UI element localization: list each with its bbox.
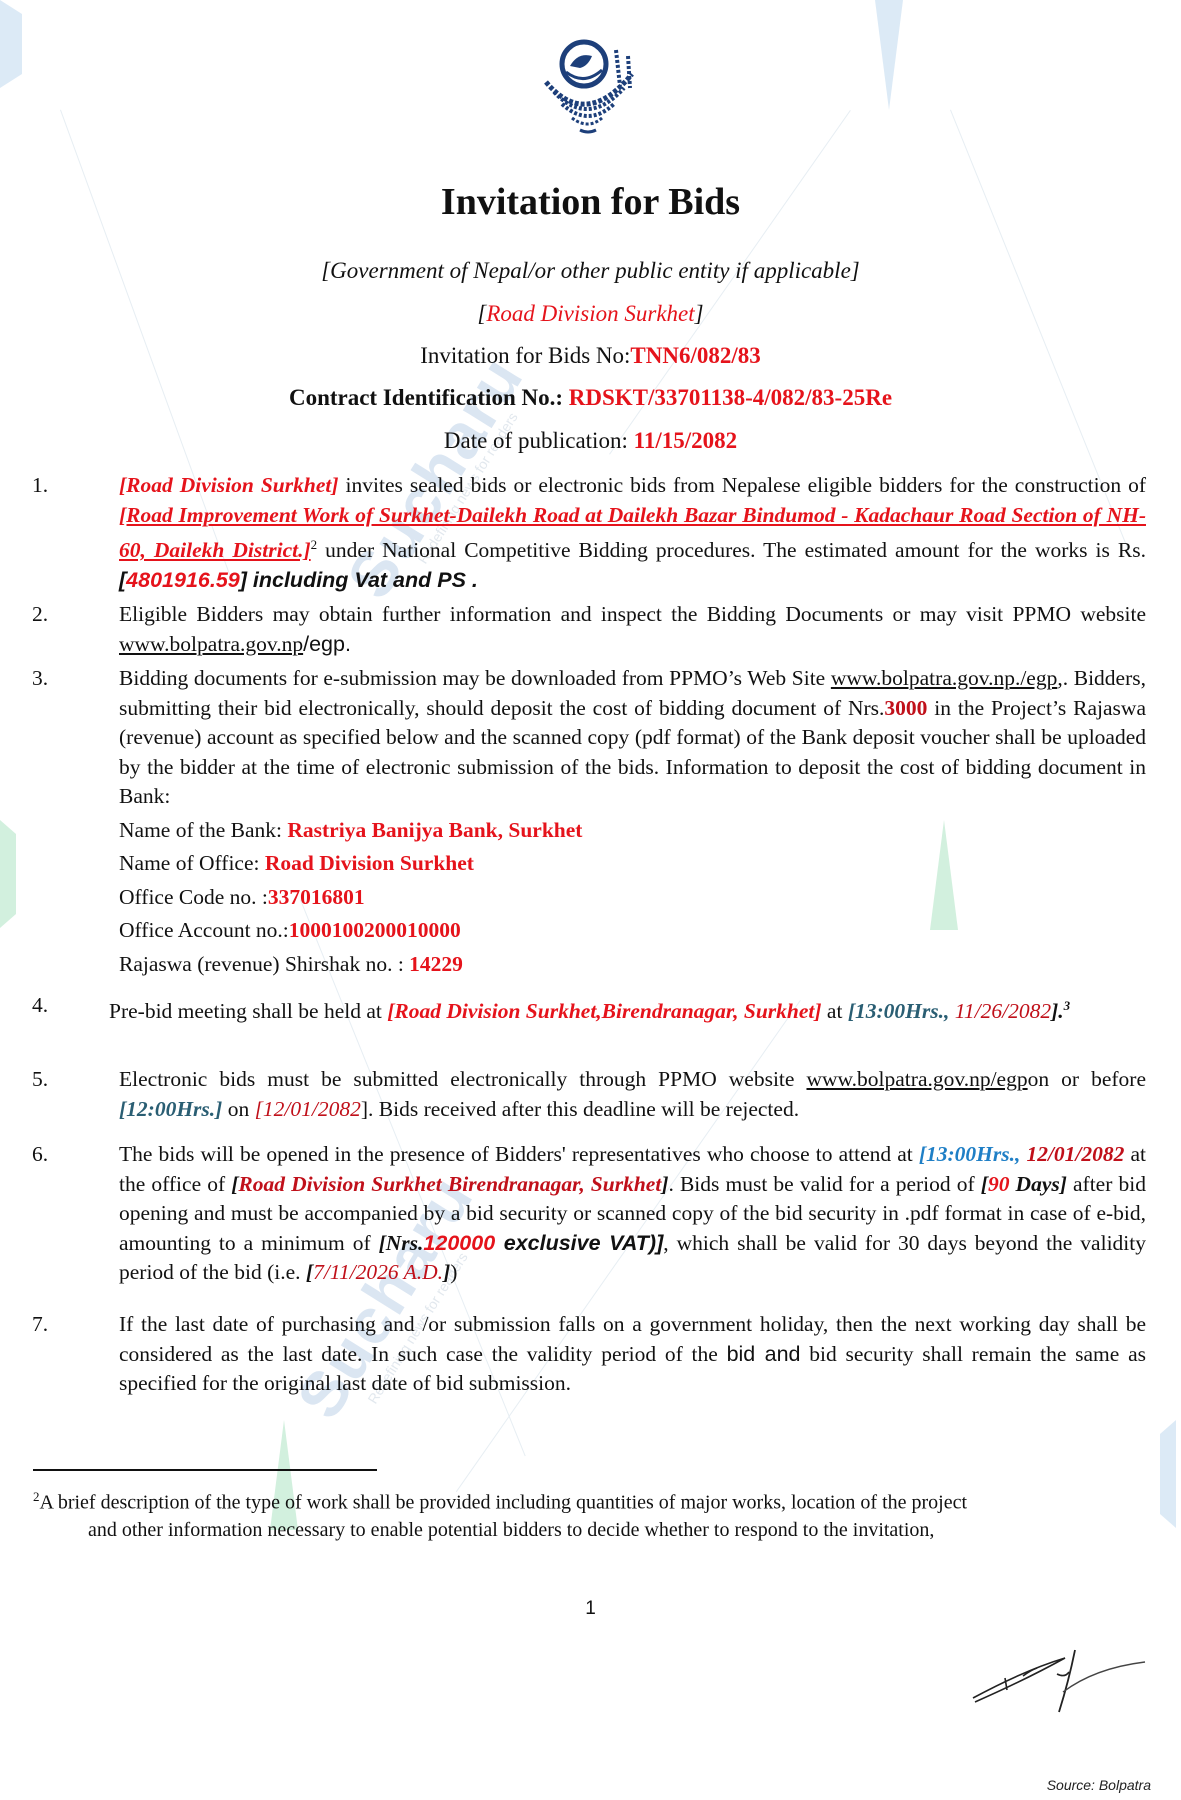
opening-time: [13:00Hrs., [919, 1142, 1021, 1166]
ifb-number: Invitation for Bids No:TNN6/082/83 [0, 343, 1181, 369]
security-expiry: 7/11/2026 A.D. [313, 1260, 443, 1284]
submission-date: [12/01/2082 [255, 1097, 361, 1121]
bank-details: Name of the Bank: Rastriya Banijya Bank,… [119, 814, 1146, 982]
submission-time: [12:00Hrs.] [119, 1097, 222, 1121]
prebid-venue: [Road Division Surkhet,Birendranagar, Su… [387, 999, 821, 1023]
bolpatra-egp-link[interactable]: www.bolpatra.gov.np./egp [831, 666, 1058, 690]
publication-date: Date of publication: 11/15/2082 [0, 428, 1181, 454]
signature-icon [965, 1640, 1165, 1740]
validity-days: 90 [988, 1172, 1010, 1196]
footnote-separator [33, 1469, 377, 1471]
estimated-amount: 4801916.59 [126, 568, 240, 592]
entity-line: [Government of Nepal/or other public ent… [0, 258, 1181, 284]
prebid-date: 11/26/2082 [955, 999, 1051, 1023]
footnote: 2A brief description of the type of work… [33, 1483, 1148, 1544]
document-title: Invitation for Bids [0, 180, 1181, 224]
bid-security-amount: 120000 [423, 1231, 495, 1255]
government-emblem-icon [536, 30, 644, 142]
opening-date: 12/01/2082 [1026, 1142, 1124, 1166]
office-line: [Road Division Surkhet] [0, 301, 1181, 327]
contract-id: Contract Identification No.: RDSKT/33701… [0, 385, 1181, 411]
opening-venue: Road Division Surkhet Birendranagar, Sur… [238, 1172, 661, 1196]
page-number: 1 [0, 1598, 1181, 1620]
document-fee: 3000 [884, 696, 927, 720]
egp-link[interactable]: www.bolpatra.gov.np/egp [806, 1067, 1027, 1091]
office-ref: [Road Division Surkhet] [119, 473, 339, 497]
source-credit: Source: Bolpatra [1047, 1777, 1151, 1793]
prebid-time: [13:00Hrs., [848, 999, 950, 1023]
bolpatra-link[interactable]: www.bolpatra.gov.np [119, 632, 303, 656]
